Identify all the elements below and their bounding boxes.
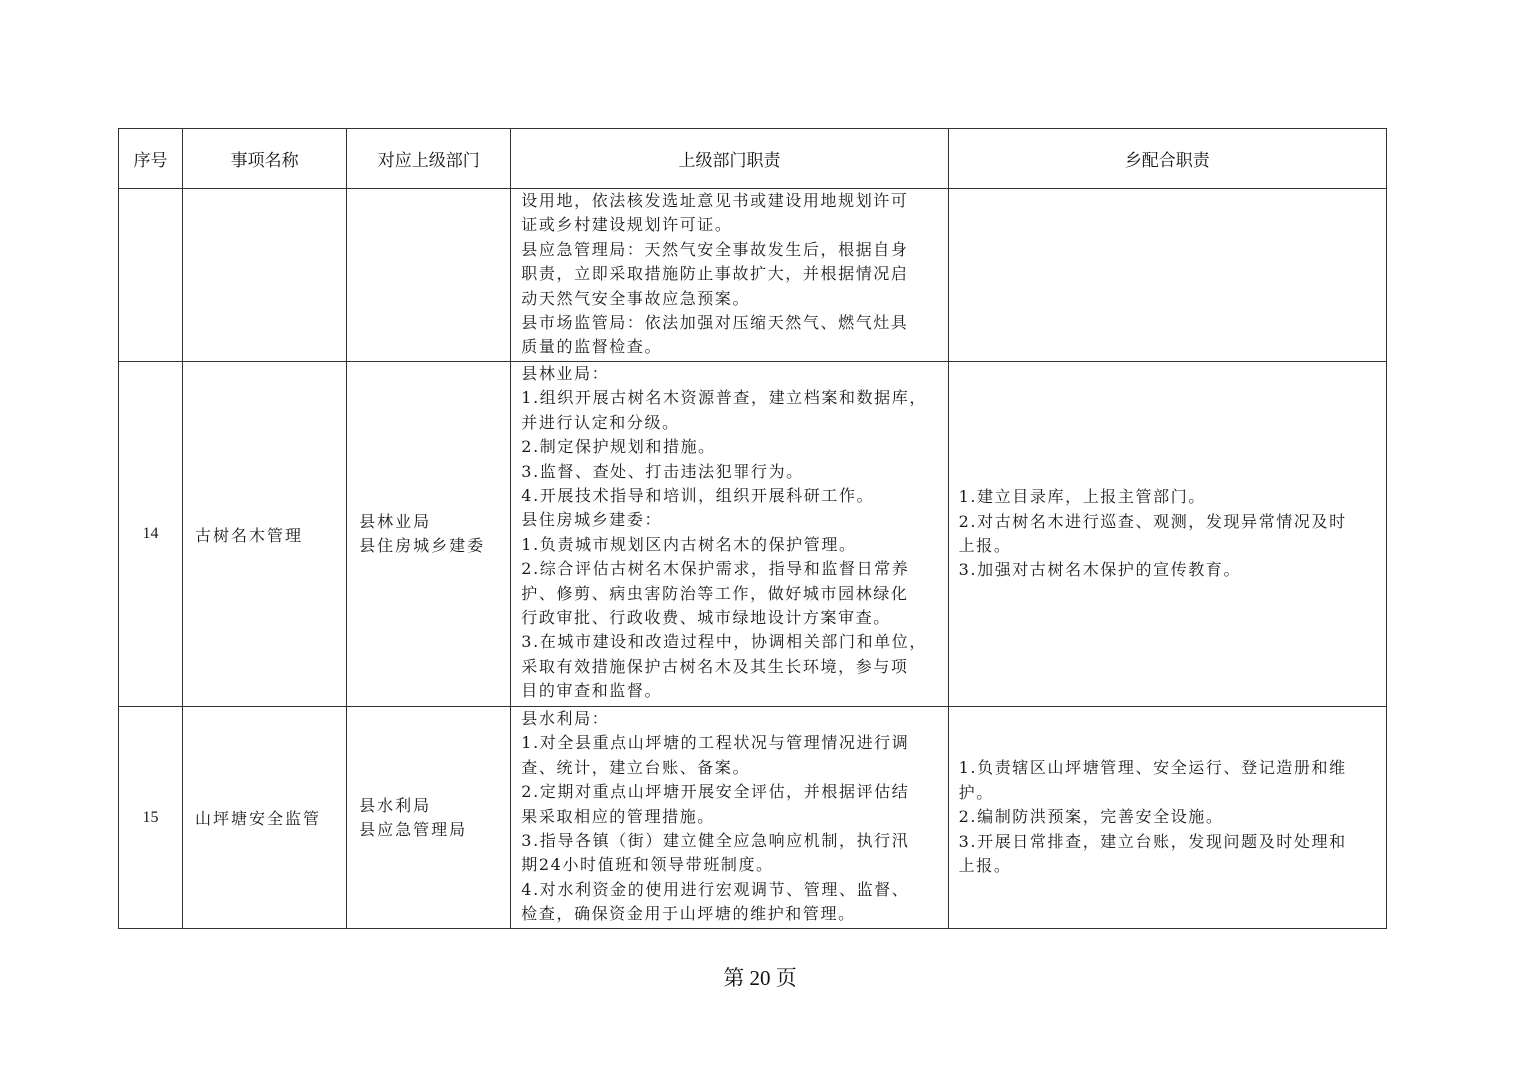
coop-line: 1.负责辖区山坪塘管理、安全运行、登记造册和维	[959, 756, 1378, 780]
table-row: 14 古树名木管理 县林业局 县住房城乡建委 县林业局： 1.组织开展古树名木资…	[119, 362, 1387, 707]
duty-line: 1.负责城市规划区内古树名木的保护管理。	[521, 533, 939, 557]
table-row: 15 山坪塘安全监管 县水利局 县应急管理局 县水利局： 1.对全县重点山坪塘的…	[119, 707, 1387, 929]
duty-line: 职责，立即采取措施防止事故扩大，并根据情况启	[521, 262, 939, 286]
row-superior-dept: 县水利局 县应急管理局	[347, 707, 511, 929]
duty-line: 县市场监管局：依法加强对压缩天然气、燃气灶具	[521, 311, 939, 335]
row-township-duty: 1.负责辖区山坪塘管理、安全运行、登记造册和维 护。 2.编制防洪预案，完善安全…	[948, 707, 1386, 929]
duty-line: 检查，确保资金用于山坪塘的维护和管理。	[521, 902, 939, 926]
header-item-name: 事项名称	[183, 129, 347, 189]
header-superior-dept: 对应上级部门	[347, 129, 511, 189]
row-superior-duty: 县林业局： 1.组织开展古树名木资源普查，建立档案和数据库， 并进行认定和分级。…	[511, 362, 948, 707]
dept-line: 县住房城乡建委	[359, 534, 510, 558]
coop-line: 1.建立目录库，上报主管部门。	[959, 485, 1378, 509]
dept-line: 县应急管理局	[359, 818, 510, 842]
duty-line: 质量的监督检查。	[521, 335, 939, 359]
duty-line: 果采取相应的管理措施。	[521, 805, 939, 829]
duty-line: 县应急管理局：天然气安全事故发生后，根据自身	[521, 238, 939, 262]
row-superior-duty: 县水利局： 1.对全县重点山坪塘的工程状况与管理情况进行调 查、统计，建立台账、…	[511, 707, 948, 929]
duty-line: 1.对全县重点山坪塘的工程状况与管理情况进行调	[521, 731, 939, 755]
coop-line: 护。	[959, 781, 1378, 805]
row-superior-dept: 县林业局 县住房城乡建委	[347, 362, 511, 707]
row-superior-duty: 设用地，依法核发选址意见书或建设用地规划许可 证或乡村建设规划许可证。 县应急管…	[511, 189, 948, 362]
duty-line: 3.在城市建设和改造过程中，协调相关部门和单位，	[521, 630, 939, 654]
duty-line: 采取有效措施保护古树名木及其生长环境，参与项	[521, 655, 939, 679]
row-superior-dept	[347, 189, 511, 362]
duty-line: 期24小时值班和领导带班制度。	[521, 853, 939, 877]
duty-line: 1.组织开展古树名木资源普查，建立档案和数据库，	[521, 386, 939, 410]
header-superior-duty: 上级部门职责	[511, 129, 948, 189]
duty-line: 3.监督、查处、打击违法犯罪行为。	[521, 460, 939, 484]
duty-line: 设用地，依法核发选址意见书或建设用地规划许可	[521, 189, 939, 213]
duty-line: 县水利局：	[521, 707, 939, 731]
duty-line: 护、修剪、病虫害防治等工作，做好城市园林绿化	[521, 582, 939, 606]
header-township-duty: 乡配合职责	[948, 129, 1386, 189]
row-item-name: 山坪塘安全监管	[183, 707, 347, 929]
coop-line: 2.对古树名木进行巡查、观测，发现异常情况及时	[959, 510, 1378, 534]
dept-line: 县水利局	[359, 794, 510, 818]
duty-line: 县林业局：	[521, 362, 939, 386]
duty-line: 2.定期对重点山坪塘开展安全评估，并根据评估结	[521, 780, 939, 804]
coop-line: 上报。	[959, 854, 1378, 878]
row-serial-no: 14	[119, 362, 183, 707]
row-serial-no: 15	[119, 707, 183, 929]
row-township-duty	[948, 189, 1386, 362]
coop-line: 3.开展日常排查，建立台账，发现问题及时处理和	[959, 830, 1378, 854]
row-township-duty: 1.建立目录库，上报主管部门。 2.对古树名木进行巡查、观测，发现异常情况及时 …	[948, 362, 1386, 707]
duty-line: 2.制定保护规划和措施。	[521, 435, 939, 459]
row-item-name	[183, 189, 347, 362]
row-item-name: 古树名木管理	[183, 362, 347, 707]
coop-line: 2.编制防洪预案，完善安全设施。	[959, 805, 1378, 829]
duty-line: 证或乡村建设规划许可证。	[521, 213, 939, 237]
coop-line: 3.加强对古树名木保护的宣传教育。	[959, 558, 1378, 582]
table-row: 设用地，依法核发选址意见书或建设用地规划许可 证或乡村建设规划许可证。 县应急管…	[119, 189, 1387, 362]
duty-line: 动天然气安全事故应急预案。	[521, 287, 939, 311]
duty-line: 目的审查和监督。	[521, 679, 939, 703]
table-header-row: 序号 事项名称 对应上级部门 上级部门职责 乡配合职责	[119, 129, 1387, 189]
duty-line: 4.对水利资金的使用进行宏观调节、管理、监督、	[521, 878, 939, 902]
dept-line: 县林业局	[359, 510, 510, 534]
page-number: 第 20 页	[0, 962, 1520, 992]
duty-line: 2.综合评估古树名木保护需求，指导和监督日常养	[521, 557, 939, 581]
coop-line: 上报。	[959, 534, 1378, 558]
duty-line: 县住房城乡建委：	[521, 508, 939, 532]
responsibility-table: 序号 事项名称 对应上级部门 上级部门职责 乡配合职责 设用地，依法核发选址意见…	[118, 128, 1387, 929]
row-serial-no	[119, 189, 183, 362]
duty-line: 行政审批、行政收费、城市绿地设计方案审查。	[521, 606, 939, 630]
duty-line: 4.开展技术指导和培训，组织开展科研工作。	[521, 484, 939, 508]
header-serial-no: 序号	[119, 129, 183, 189]
duty-line: 并进行认定和分级。	[521, 411, 939, 435]
duty-line: 3.指导各镇（街）建立健全应急响应机制，执行汛	[521, 829, 939, 853]
duty-line: 查、统计，建立台账、备案。	[521, 756, 939, 780]
